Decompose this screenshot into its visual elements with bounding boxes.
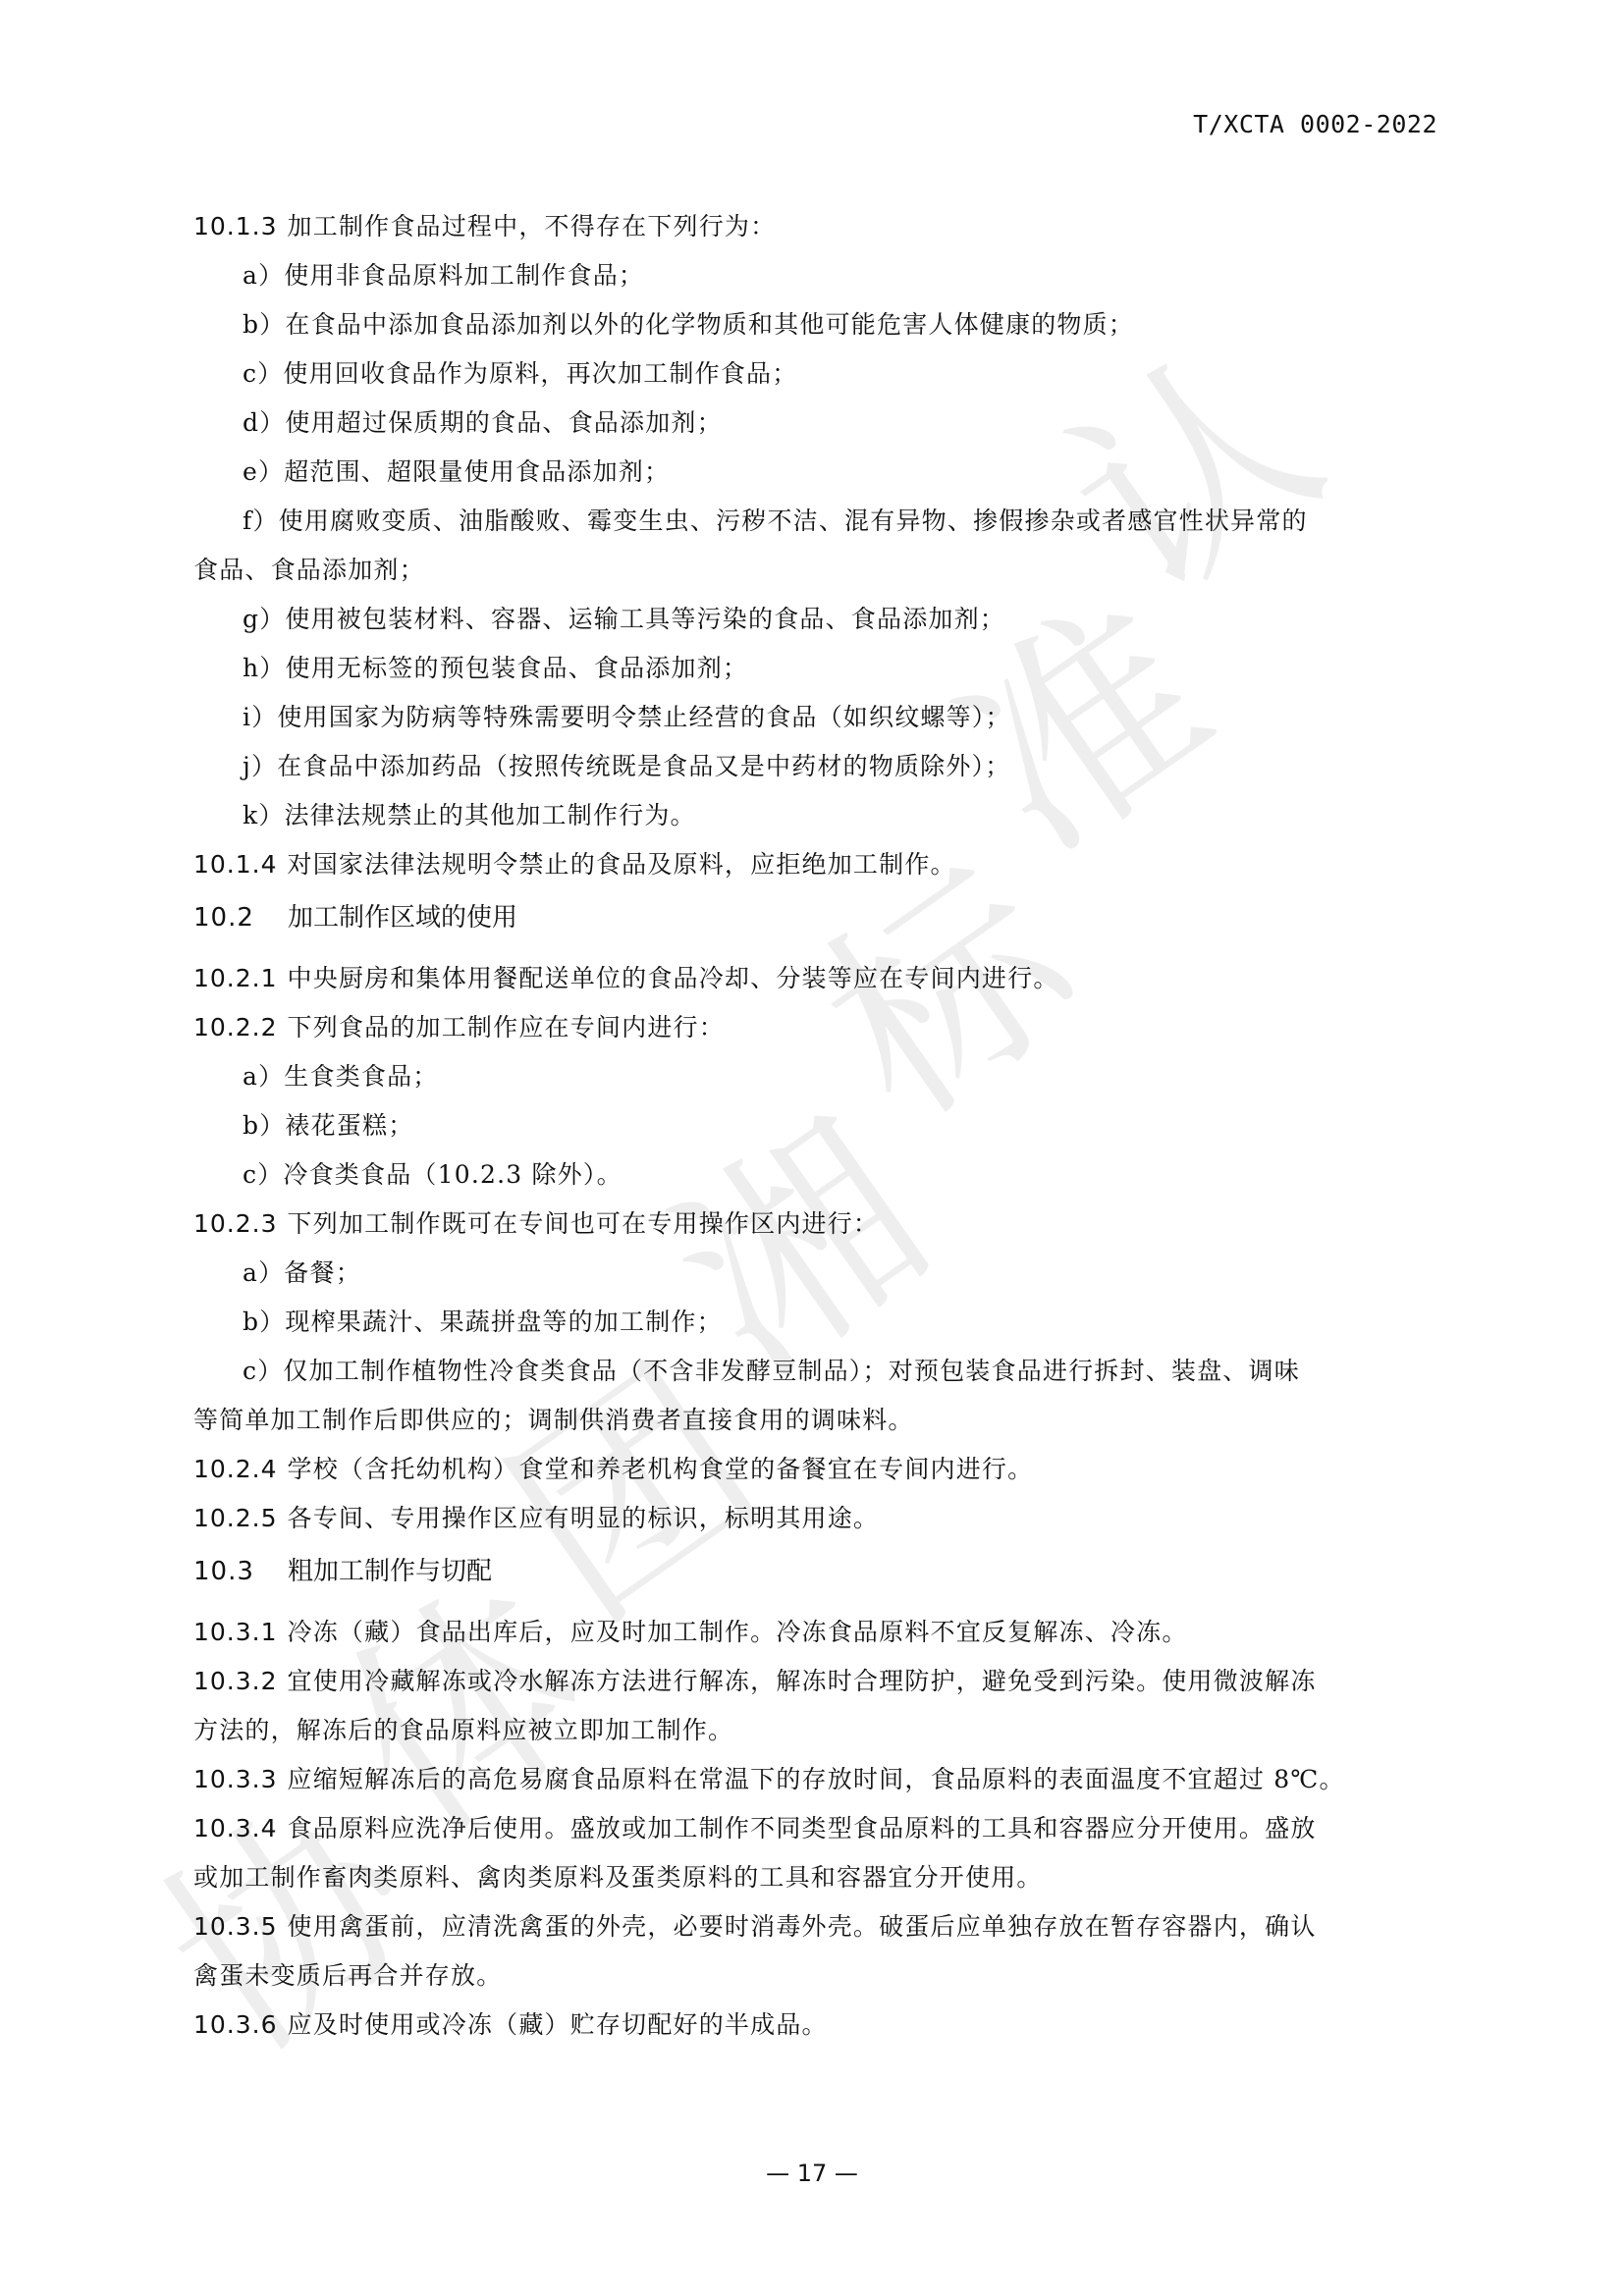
- clause-10-3-5: 10.3.5使用禽蛋前，应清洗禽蛋的外壳，必要时消毒外壳。破蛋后应单独存放在暂存…: [193, 1902, 1440, 1951]
- section-title: 粗加工制作与切配: [288, 1557, 492, 1586]
- clause-continuation: 禽蛋未变质后再合并存放。: [193, 1951, 1440, 2001]
- clause-text: 宜使用冷藏解冻或冷水解冻方法进行解冻，解冻时合理防护，避免受到污染。使用微波解冻: [288, 1667, 1317, 1695]
- clause-10-2-4: 10.2.4学校（含托幼机构）食堂和养老机构食堂的备餐宜在专间内进行。: [193, 1445, 1440, 1494]
- list-item: c）仅加工制作植物性冷食类食品（不含非发酵豆制品）；对预包装食品进行拆封、装盘、…: [193, 1347, 1440, 1396]
- list-item: b）裱花蛋糕；: [193, 1101, 1440, 1150]
- clause-text: 中央厨房和集体用餐配送单位的食品冷却、分装等应在专间内进行。: [288, 964, 1059, 992]
- section-title: 加工制作区域的使用: [288, 903, 517, 933]
- list-item: c）使用回收食品作为原料，再次加工制作食品；: [193, 349, 1440, 399]
- section-number: 10.2: [193, 893, 288, 942]
- clause-text: 冷冻（藏）食品出库后，应及时加工制作。冷冻食品原料不宜反复解冻、冷冻。: [288, 1618, 1188, 1646]
- clause-10-3-3: 10.3.3应缩短解冻后的高危易腐食品原料在常温下的存放时间，食品原料的表面温度…: [193, 1755, 1440, 1804]
- clause-number: 10.2.5: [193, 1504, 278, 1532]
- clause-10-3-1: 10.3.1冷冻（藏）食品出库后，应及时加工制作。冷冻食品原料不宜反复解冻、冷冻…: [193, 1608, 1440, 1657]
- list-item: c）冷食类食品（10.2.3 除外）。: [193, 1150, 1440, 1200]
- clause-number: 10.1.4: [193, 850, 278, 879]
- clause-number: 10.2.3: [193, 1209, 278, 1238]
- document-number: T/XCTA 0002-2022: [1193, 110, 1437, 138]
- clause-number: 10.2.2: [193, 1013, 278, 1041]
- clause-10-2-2: 10.2.2下列食品的加工制作应在专间内进行：: [193, 1003, 1440, 1052]
- clause-text: 加工制作食品过程中，不得存在下列行为：: [288, 212, 777, 240]
- clause-number: 10.1.3: [193, 212, 278, 240]
- clause-10-3-2: 10.3.2宜使用冷藏解冻或冷水解冻方法进行解冻，解冻时合理防护，避免受到污染。…: [193, 1657, 1440, 1706]
- clause-text: 对国家法律法规明令禁止的食品及原料，应拒绝加工制作。: [288, 850, 956, 879]
- clause-text: 各专间、专用操作区应有明显的标识，标明其用途。: [288, 1504, 880, 1532]
- clause-10-3-4: 10.3.4食品原料应洗净后使用。盛放或加工制作不同类型食品原料的工具和容器应分…: [193, 1804, 1440, 1853]
- clause-number: 10.3.5: [193, 1912, 278, 1941]
- list-item: d）使用超过保质期的食品、食品添加剂；: [193, 399, 1440, 448]
- section-heading-10-3: 10.3粗加工制作与切配: [193, 1547, 1440, 1596]
- clause-continuation: 方法的，解冻后的食品原料应被立即加工制作。: [193, 1706, 1440, 1755]
- clause-text: 食品原料应洗净后使用。盛放或加工制作不同类型食品原料的工具和容器应分开使用。盛放: [288, 1814, 1317, 1842]
- clause-text: 使用禽蛋前，应清洗禽蛋的外壳，必要时消毒外壳。破蛋后应单独存放在暂存容器内，确认: [288, 1912, 1317, 1941]
- clause-10-1-4: 10.1.4对国家法律法规明令禁止的食品及原料，应拒绝加工制作。: [193, 840, 1440, 889]
- clause-text: 应缩短解冻后的高危易腐食品原料在常温下的存放时间，食品原料的表面温度不宜超过 8…: [288, 1765, 1345, 1793]
- list-item-continuation: 等简单加工制作后即供应的；调制供消费者直接食用的调味料。: [193, 1396, 1440, 1445]
- list-item: e）超范围、超限量使用食品添加剂；: [193, 448, 1440, 497]
- clause-number: 10.3.4: [193, 1814, 278, 1842]
- list-item: f）使用腐败变质、油脂酸败、霉变生虫、污秽不洁、混有异物、掺假掺杂或者感官性状异…: [193, 497, 1440, 546]
- clause-text: 下列食品的加工制作应在专间内进行：: [288, 1013, 725, 1041]
- clause-10-1-3: 10.1.3加工制作食品过程中，不得存在下列行为：: [193, 202, 1440, 251]
- list-item: g）使用被包装材料、容器、运输工具等污染的食品、食品添加剂；: [193, 595, 1440, 644]
- list-item-continuation: 食品、食品添加剂；: [193, 546, 1440, 595]
- clause-number: 10.3.2: [193, 1667, 278, 1695]
- clause-number: 10.2.1: [193, 964, 278, 992]
- document-body: 10.1.3加工制作食品过程中，不得存在下列行为： a）使用非食品原料加工制作食…: [193, 202, 1440, 2050]
- page-number: — 17 —: [0, 2160, 1624, 2187]
- clause-number: 10.2.4: [193, 1455, 278, 1483]
- clause-continuation: 或加工制作畜肉类原料、禽肉类原料及蛋类原料的工具和容器宜分开使用。: [193, 1853, 1440, 1902]
- list-item: b）在食品中添加食品添加剂以外的化学物质和其他可能危害人体健康的物质；: [193, 300, 1440, 349]
- clause-10-3-6: 10.3.6应及时使用或冷冻（藏）贮存切配好的半成品。: [193, 2001, 1440, 2050]
- list-item: k）法律法规禁止的其他加工制作行为。: [193, 791, 1440, 840]
- clause-10-2-1: 10.2.1中央厨房和集体用餐配送单位的食品冷却、分装等应在专间内进行。: [193, 954, 1440, 1003]
- clause-text: 下列加工制作既可在专间也可在专用操作区内进行：: [288, 1209, 880, 1238]
- list-item: a）使用非食品原料加工制作食品；: [193, 251, 1440, 300]
- list-item: h）使用无标签的预包装食品、食品添加剂；: [193, 644, 1440, 693]
- list-item: a）备餐；: [193, 1249, 1440, 1298]
- clause-number: 10.3.6: [193, 2010, 278, 2039]
- clause-10-2-3: 10.2.3下列加工制作既可在专间也可在专用操作区内进行：: [193, 1200, 1440, 1249]
- clause-10-2-5: 10.2.5各专间、专用操作区应有明显的标识，标明其用途。: [193, 1494, 1440, 1543]
- clause-number: 10.3.1: [193, 1618, 278, 1646]
- clause-number: 10.3.3: [193, 1765, 278, 1793]
- section-heading-10-2: 10.2加工制作区域的使用: [193, 893, 1440, 942]
- list-item: a）生食类食品；: [193, 1052, 1440, 1101]
- clause-text: 学校（含托幼机构）食堂和养老机构食堂的备餐宜在专间内进行。: [288, 1455, 1034, 1483]
- list-item: b）现榨果蔬汁、果蔬拼盘等的加工制作；: [193, 1298, 1440, 1347]
- list-item: j）在食品中添加药品（按照传统既是食品又是中药材的物质除外）；: [193, 742, 1440, 791]
- section-number: 10.3: [193, 1547, 288, 1596]
- clause-text: 应及时使用或冷冻（藏）贮存切配好的半成品。: [288, 2010, 828, 2039]
- list-item: i）使用国家为防病等特殊需要明令禁止经营的食品（如织纹螺等）；: [193, 693, 1440, 742]
